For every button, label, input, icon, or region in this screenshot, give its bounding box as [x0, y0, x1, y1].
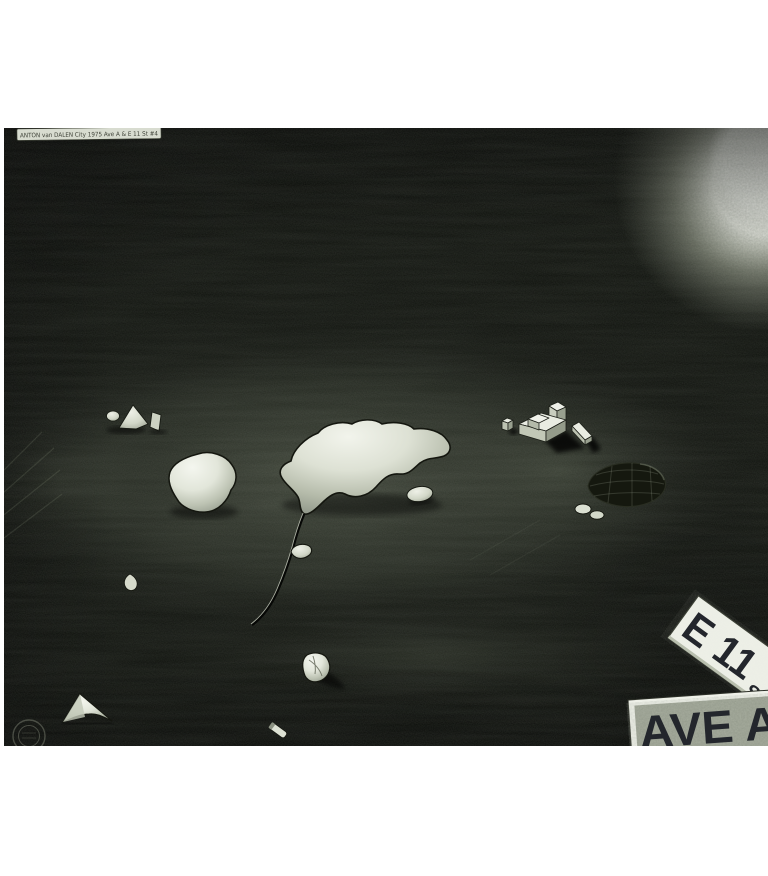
stone-on-line	[291, 544, 312, 558]
charcoal-drawing: ANTON van DALEN City 1975 Ave A & E 11 S…	[0, 32, 768, 800]
small-cube	[502, 418, 513, 431]
dome-pebble	[575, 504, 591, 514]
dome-pebble	[590, 511, 604, 519]
amoeba-blob	[169, 453, 238, 519]
artwork-image: ANTON van DALEN City 1975 Ave A & E 11 S…	[0, 0, 768, 876]
rock-shard	[150, 412, 161, 431]
inscription-label: ANTON van DALEN City 1975 Ave A & E 11 S…	[17, 127, 161, 141]
artwork-photo-page: ANTON van DALEN City 1975 Ave A & E 11 S…	[0, 0, 768, 876]
